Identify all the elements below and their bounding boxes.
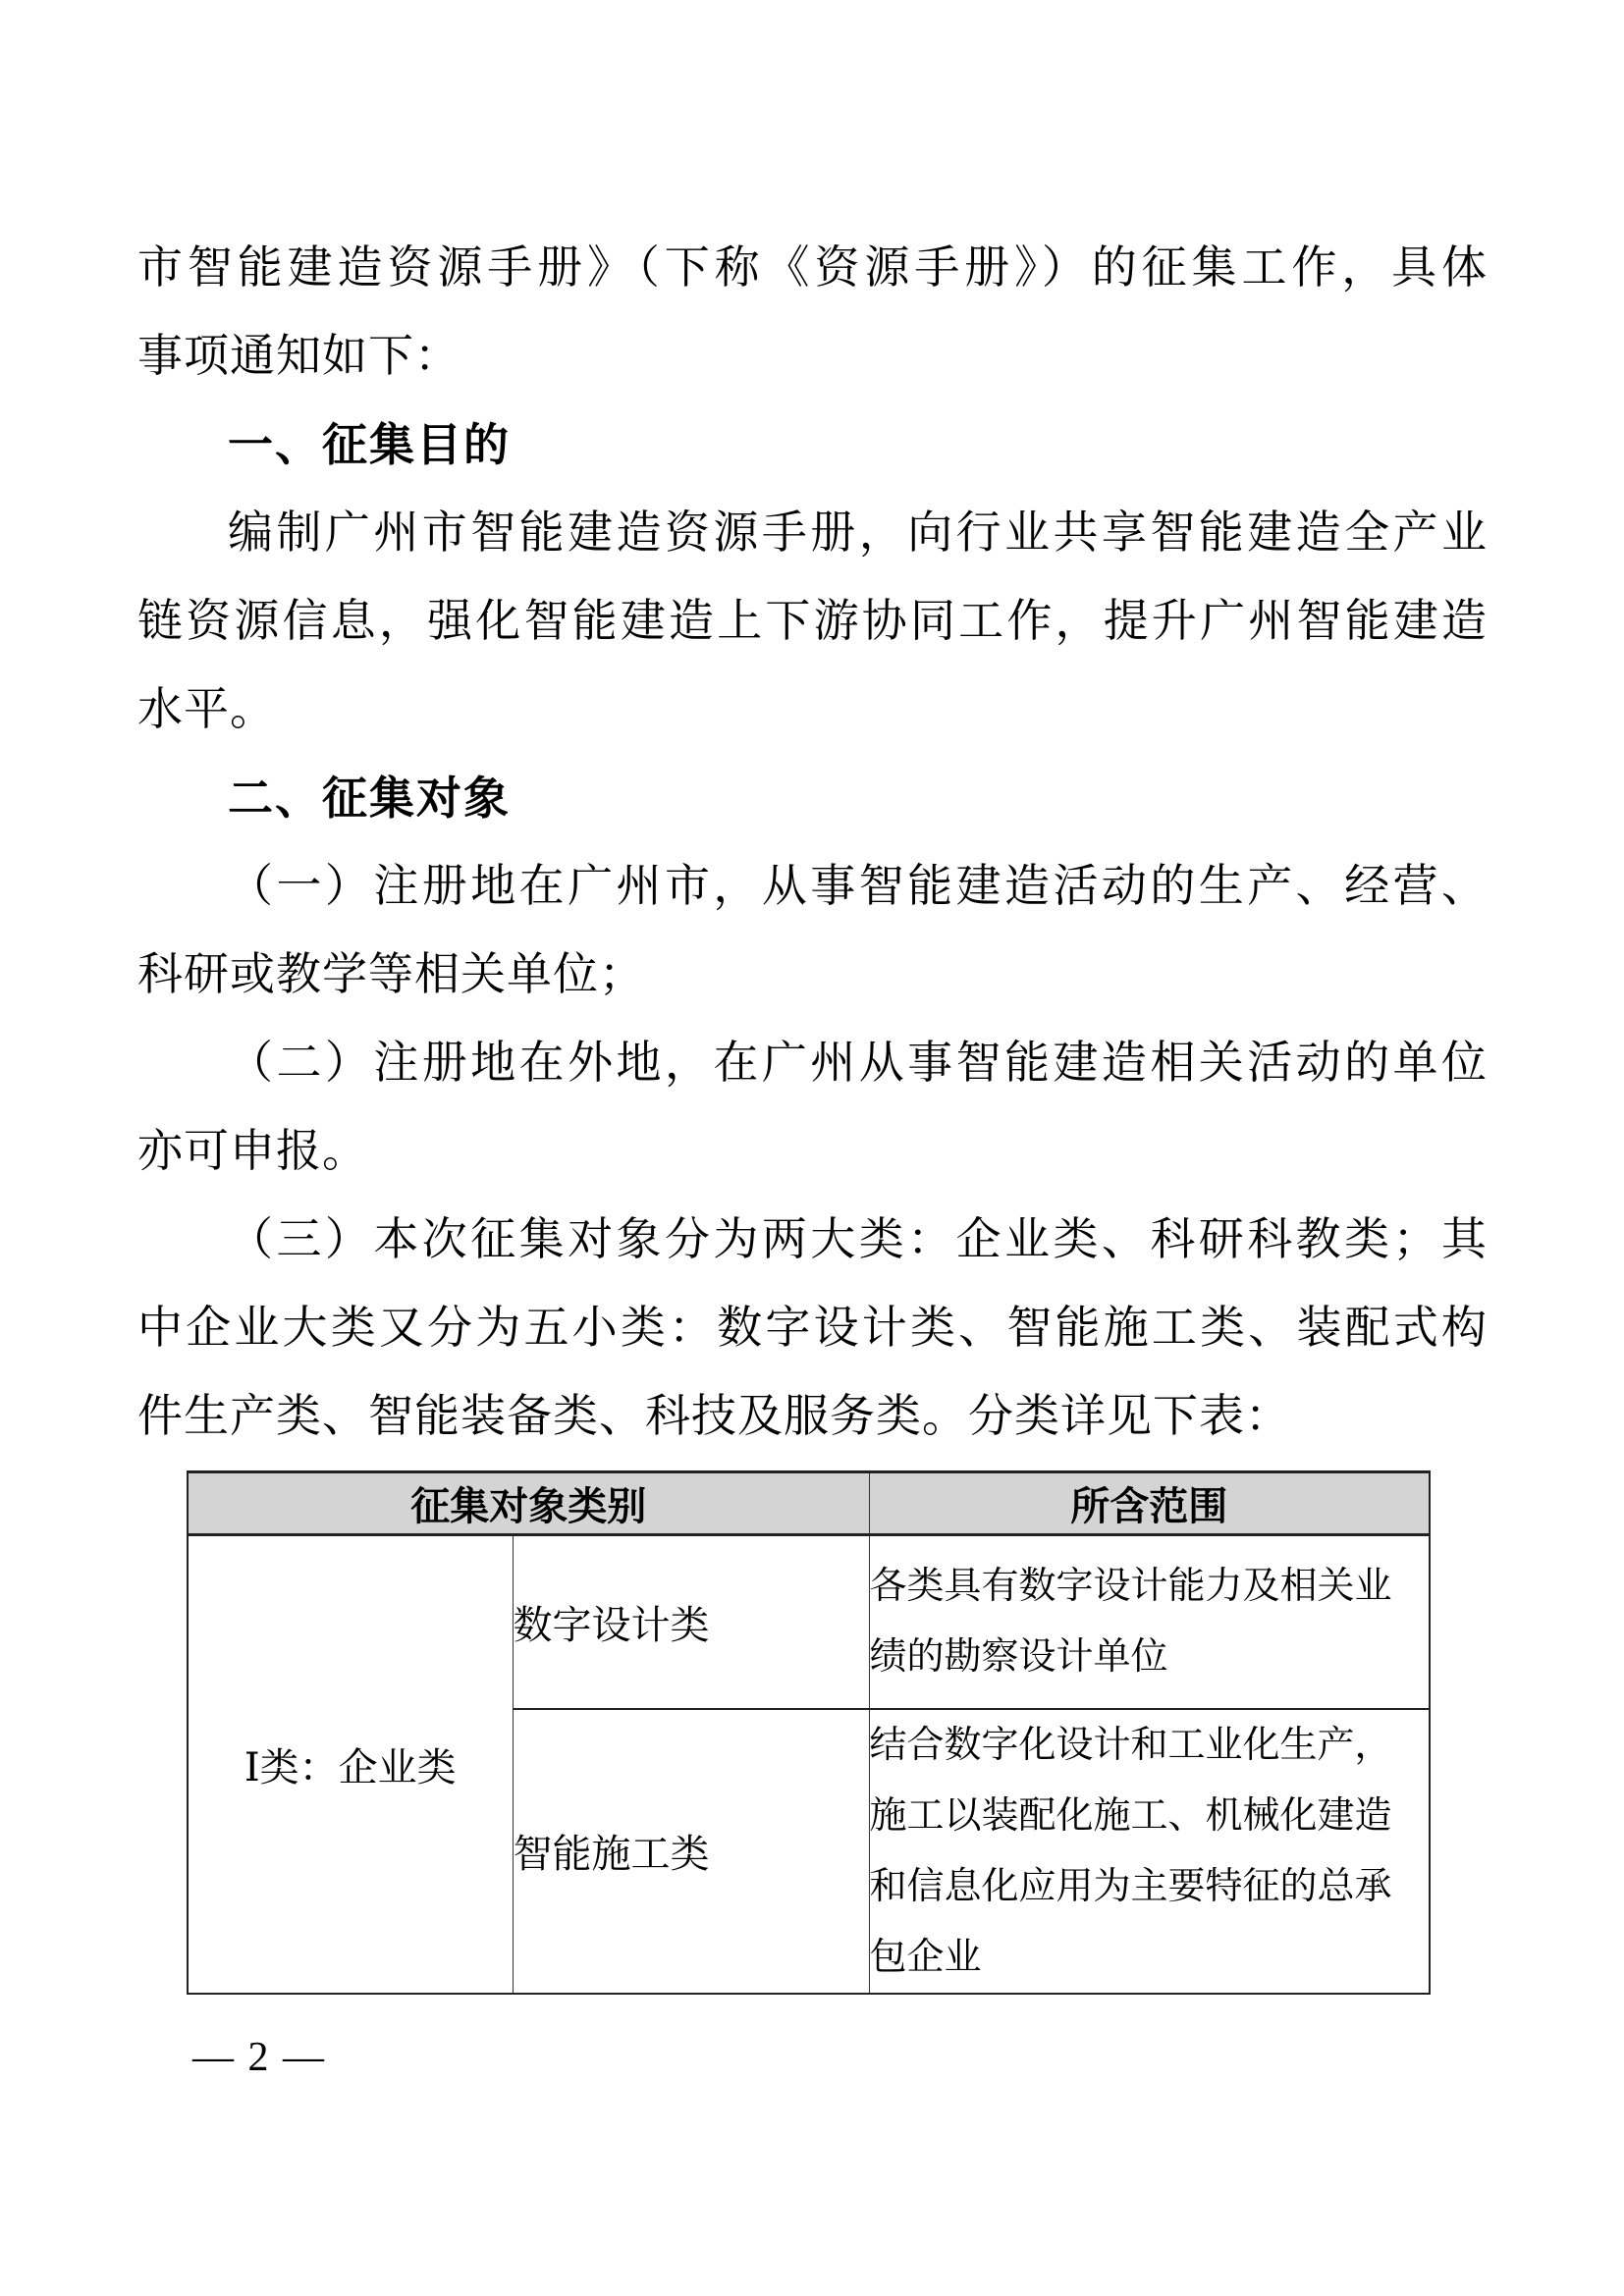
- table-header-row: 征集对象类别 所含范围: [188, 1472, 1430, 1535]
- document-body: 市智能建造资源手册》（下称《资源手册》）的征集工作，具体 事项通知如下： 一、征…: [137, 224, 1488, 1995]
- body-line: （一）注册地在广州市，从事智能建造活动的生产、经营、: [137, 842, 1488, 931]
- body-line: 科研或教学等相关单位；: [137, 931, 1488, 1019]
- table-row: Ⅰ类：企业类 数字设计类 各类具有数字设计能力及相关业绩的勘察设计单位: [188, 1535, 1430, 1709]
- body-line: 链资源信息，强化智能建造上下游协同工作，提升广州智能建造: [137, 577, 1488, 666]
- document-page: 市智能建造资源手册》（下称《资源手册》）的征集工作，具体 事项通知如下： 一、征…: [0, 0, 1624, 2296]
- body-line: （三）本次征集对象分为两大类：企业类、科研科教类；其: [137, 1196, 1488, 1284]
- body-line: 件生产类、智能装备类、科技及服务类。分类详见下表：: [137, 1372, 1488, 1461]
- section-heading: 二、征集对象: [137, 754, 1488, 842]
- recruitment-category-table: 征集对象类别 所含范围 Ⅰ类：企业类 数字设计类 各类具有数字设计能力及相关业绩…: [187, 1470, 1431, 1995]
- body-line: 中企业大类又分为五小类：数字设计类、智能施工类、装配式构: [137, 1284, 1488, 1372]
- page-number: — 2 —: [192, 2034, 326, 2081]
- body-line: 亦可申报。: [137, 1107, 1488, 1196]
- body-line: 水平。: [137, 666, 1488, 754]
- body-line: 编制广州市智能建造资源手册，向行业共享智能建造全产业: [137, 489, 1488, 577]
- subcategory-cell: 智能施工类: [513, 1709, 869, 1994]
- body-line: 市智能建造资源手册》（下称《资源手册》）的征集工作，具体: [137, 224, 1488, 312]
- body-line: 事项通知如下：: [137, 312, 1488, 400]
- table-header-scope: 所含范围: [869, 1472, 1430, 1535]
- subcategory-cell: 数字设计类: [513, 1535, 869, 1709]
- scope-cell: 各类具有数字设计能力及相关业绩的勘察设计单位: [869, 1535, 1430, 1709]
- body-line: （二）注册地在外地，在广州从事智能建造相关活动的单位: [137, 1019, 1488, 1107]
- category-group-cell: Ⅰ类：企业类: [188, 1535, 513, 1994]
- section-heading: 一、征集目的: [137, 400, 1488, 489]
- table-header-category: 征集对象类别: [188, 1472, 869, 1535]
- scope-cell: 结合数字化设计和工业化生产，施工以装配化施工、机械化建造和信息化应用为主要特征的…: [869, 1709, 1430, 1994]
